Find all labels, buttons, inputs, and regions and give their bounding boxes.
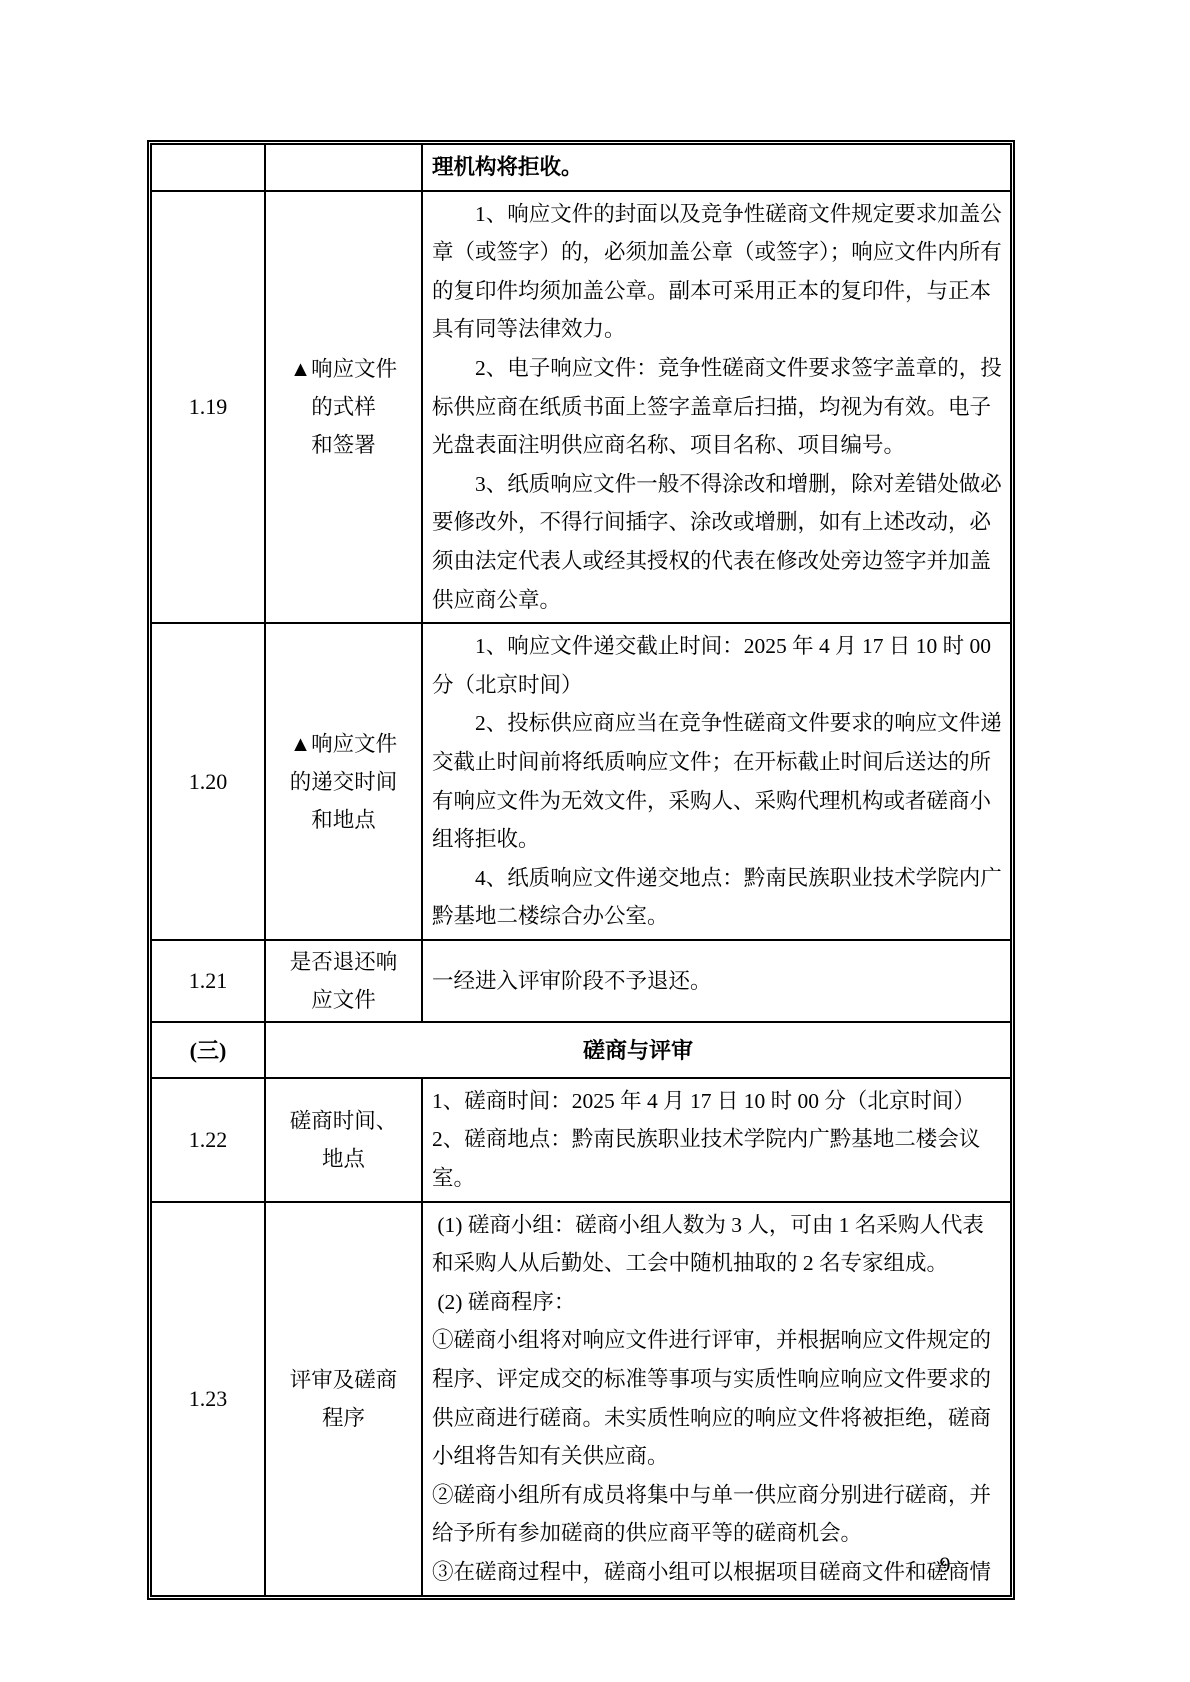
row-content: 1、磋商时间：2025 年 4 月 17 日 10 时 00 分（北京时间）2、… xyxy=(423,1079,1010,1201)
row-label: 评审及磋商程序 xyxy=(266,1203,423,1595)
row-label: 磋商时间、地点 xyxy=(266,1079,423,1201)
row-number: 1.22 xyxy=(152,1079,266,1201)
procurement-table: 理机构将拒收。 1.19 ▲响应文件的式样和签署 1、响应文件的封面以及竞争性磋… xyxy=(147,140,1015,1600)
row-label: ▲响应文件的式样和签署 xyxy=(266,192,423,623)
table-row-continuation: 理机构将拒收。 xyxy=(152,145,1010,192)
table-row-1-23: 1.23 评审及磋商程序 (1) 磋商小组：磋商小组人数为 3 人，可由 1 名… xyxy=(152,1203,1010,1595)
row-number: 1.20 xyxy=(152,624,266,939)
table-row-1-21: 1.21 是否退还响应文件 一经进入评审阶段不予退还。 xyxy=(152,941,1010,1023)
row-content: (1) 磋商小组：磋商小组人数为 3 人，可由 1 名采购人代表和采购人从后勤处… xyxy=(423,1203,1010,1595)
row-label xyxy=(266,145,423,190)
table-row-1-19: 1.19 ▲响应文件的式样和签署 1、响应文件的封面以及竞争性磋商文件规定要求加… xyxy=(152,192,1010,625)
table-row-1-20: 1.20 ▲响应文件的递交时间和地点 1、响应文件递交截止时间：2025 年 4… xyxy=(152,624,1010,941)
table-row-1-22: 1.22 磋商时间、地点 1、磋商时间：2025 年 4 月 17 日 10 时… xyxy=(152,1079,1010,1203)
row-number: 1.19 xyxy=(152,192,266,623)
row-label: 是否退还响应文件 xyxy=(266,941,423,1021)
section-title: 磋商与评审 xyxy=(266,1023,1010,1077)
page-number: 9 xyxy=(930,1552,960,1578)
table-row-section-3: (三) 磋商与评审 xyxy=(152,1023,1010,1079)
row-label: ▲响应文件的递交时间和地点 xyxy=(266,624,423,939)
row-number: 1.23 xyxy=(152,1203,266,1595)
row-content: 一经进入评审阶段不予退还。 xyxy=(423,941,1010,1021)
document-page: { "page": { "number": "9" }, "table": { … xyxy=(0,0,1190,1682)
row-number: 1.21 xyxy=(152,941,266,1021)
row-number xyxy=(152,145,266,190)
row-content: 理机构将拒收。 xyxy=(423,145,1010,190)
section-number: (三) xyxy=(152,1023,266,1077)
row-content: 1、响应文件递交截止时间：2025 年 4 月 17 日 10 时 00分（北京… xyxy=(423,624,1010,939)
row-content: 1、响应文件的封面以及竞争性磋商文件规定要求加盖公章（或签字）的，必须加盖公章（… xyxy=(423,192,1010,623)
